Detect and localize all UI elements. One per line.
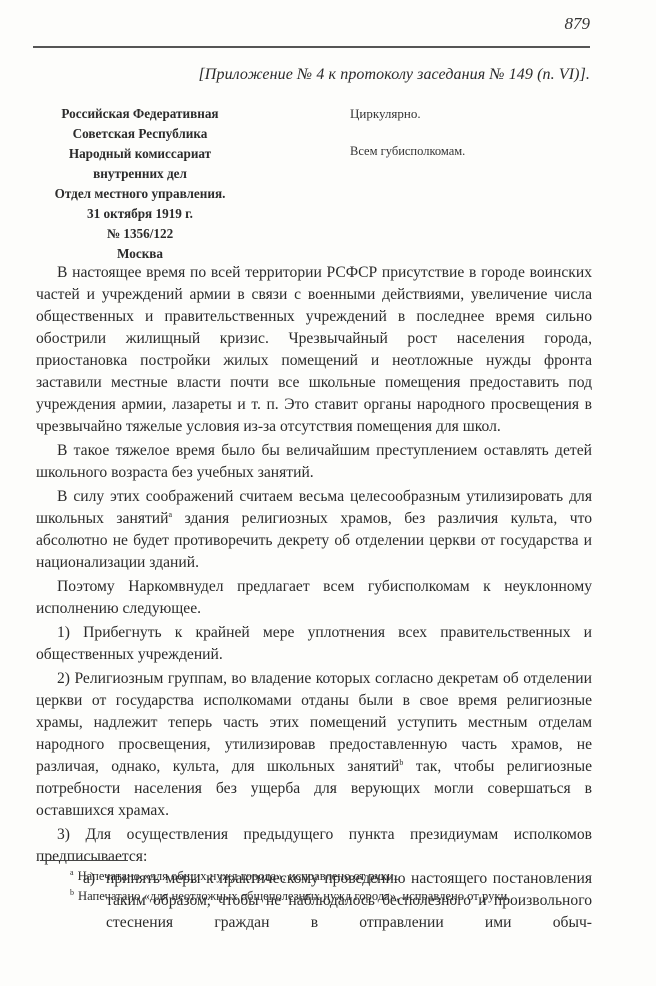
list-item-1: 1) Прибегнуть к крайней мере уплотнения … — [36, 622, 592, 666]
letterhead-line: Отдел местного управления. — [40, 184, 240, 204]
letterhead-line: Советская Республика — [40, 124, 240, 144]
paragraph: В настоящее время по всей территории РСФ… — [36, 262, 592, 438]
list-item-2: 2) Религиозным группам, во владение кото… — [36, 668, 592, 822]
footnote-separator — [40, 860, 128, 861]
paragraph: В силу этих соображений считаем весьма ц… — [36, 486, 592, 574]
letterhead-line: Российская Федеративная — [40, 104, 240, 124]
letterhead-date: 31 октября 1919 г. — [40, 204, 240, 224]
letterhead: Российская Федеративная Советская Респуб… — [40, 104, 240, 264]
footnotes: aНапечатано «для общих нужд города», исп… — [70, 866, 610, 906]
page-number: 879 — [540, 14, 590, 34]
letterhead-line: Народный комиссариат — [40, 144, 240, 164]
footnote-b: bНапечатано «для неотложных общеполезных… — [70, 886, 610, 906]
appendix-reference: [Приложение № 4 к протоколу заседания № … — [0, 66, 590, 84]
circular-label: Циркулярно. — [350, 104, 465, 124]
letterhead-city: Москва — [40, 244, 240, 264]
letterhead-line: внутренних дел — [40, 164, 240, 184]
footnote-text: Напечатано «для общих нужд города», испр… — [78, 869, 397, 883]
document-body: В настоящее время по всей территории РСФ… — [36, 262, 592, 934]
footnote-text: Напечатано «для неотложных общеполезных … — [78, 889, 510, 903]
footnote-mark: a — [70, 868, 74, 877]
footnote-a: aНапечатано «для общих нужд города», исп… — [70, 866, 610, 886]
header-rule — [33, 46, 590, 48]
addressing-block: Циркулярно. Всем губисполкомам. — [350, 104, 465, 159]
paragraph: Поэтому Наркомвнудел предлагает всем губ… — [36, 576, 592, 620]
list-item-3: 3) Для осуществления предыдущего пункта … — [36, 824, 592, 868]
footnote-mark: b — [70, 888, 74, 897]
paragraph: В такое тяжелое время было бы величайшим… — [36, 440, 592, 484]
recipient-label: Всем губисполкомам. — [350, 144, 465, 159]
letterhead-number: № 1356/122 — [40, 224, 240, 244]
